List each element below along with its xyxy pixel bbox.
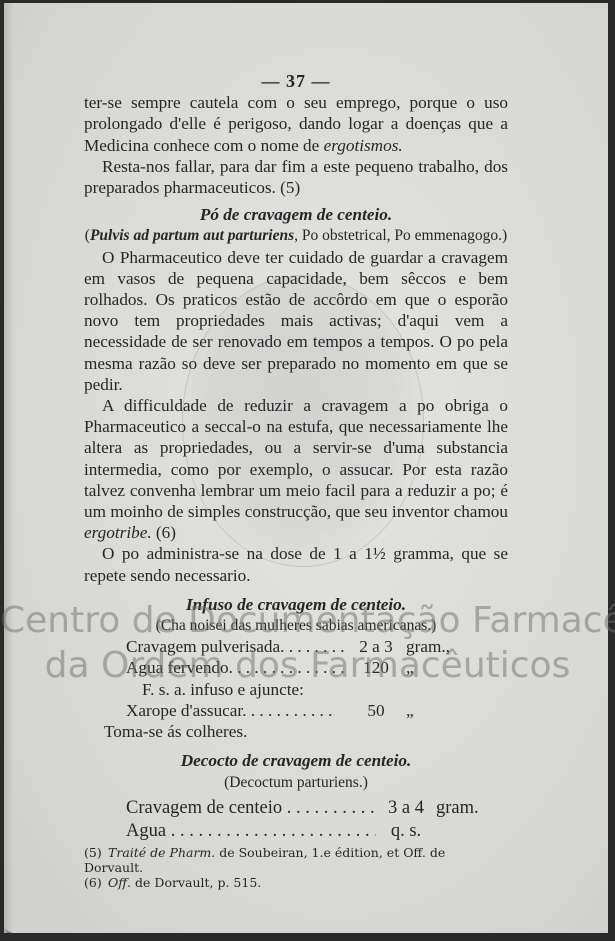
- recipe-table: Cravagem pulverisada. . . . . . . .2 a 3…: [126, 636, 456, 721]
- recipe-row: F. s. a. infuso e ajuncte:: [126, 679, 456, 700]
- scanned-page: — 37 — ter-se sempre cautela com o seu e…: [4, 3, 608, 933]
- paragraph: Toma-se ás colheres.: [104, 721, 508, 742]
- recipe-table: Cravagem de centeio . . . . . . . . . .3…: [126, 797, 486, 843]
- paragraph: Resta-nos fallar, para dar fim a este pe…: [84, 156, 508, 198]
- paragraph: A difficuldade de reduzir a cravagem a p…: [84, 395, 508, 543]
- subtitle-text: , Po obstetrical, Po emmenagogo.): [294, 227, 507, 244]
- latin-name: Pulvis ad partum aut parturiens: [90, 227, 294, 244]
- section-heading: Infuso de cravagem de centeio.: [84, 594, 508, 615]
- recipe-row: Agua fervendo. . . . . . . . . . . . . .…: [126, 657, 456, 678]
- italic-term: ergotribe.: [84, 523, 152, 542]
- footnote: (6)Off. de Dorvault, p. 515.: [84, 875, 508, 890]
- page-number: — 37 —: [84, 71, 508, 92]
- paragraph-text: A difficuldade de reduzir a cravagem a p…: [84, 396, 508, 521]
- paragraph-text: ter-se sempre cautela com o seu emprego,…: [84, 93, 508, 154]
- section-heading: Pó de cravagem de centeio.: [84, 204, 508, 225]
- footnotes: (5)Traité de Pharm. de Soubeiran, 1.e éd…: [84, 845, 508, 890]
- recipe-row: Cravagem pulverisada. . . . . . . .2 a 3…: [126, 636, 456, 657]
- section-heading: Decocto de cravagem de centeio.: [84, 750, 508, 771]
- paragraph: ter-se sempre cautela com o seu emprego,…: [84, 92, 508, 156]
- recipe-row: Cravagem de centeio . . . . . . . . . .3…: [126, 797, 486, 820]
- page-body: — 37 — ter-se sempre cautela com o seu e…: [84, 71, 508, 890]
- paragraph: O Pharmaceutico deve ter cuidado de guar…: [84, 247, 508, 395]
- recipe-row: Xarope d'assucar. . . . . . . . . . .50„: [126, 700, 456, 721]
- section-subtitle: (Cha noisei das mulheres sabias american…: [84, 615, 508, 636]
- paragraph: O po administra-se na dose de 1 a 1½ gra…: [84, 543, 508, 585]
- section-subtitle: (Pulvis ad partum aut parturiens, Po obs…: [84, 225, 508, 246]
- footnote: (5)Traité de Pharm. de Soubeiran, 1.e éd…: [84, 845, 508, 875]
- footnote-ref: (6): [152, 523, 176, 542]
- italic-term: ergotismos.: [324, 136, 403, 155]
- section-subtitle: (Decoctum parturiens.): [84, 772, 508, 793]
- recipe-row: Agua . . . . . . . . . . . . . . . . . .…: [126, 820, 486, 843]
